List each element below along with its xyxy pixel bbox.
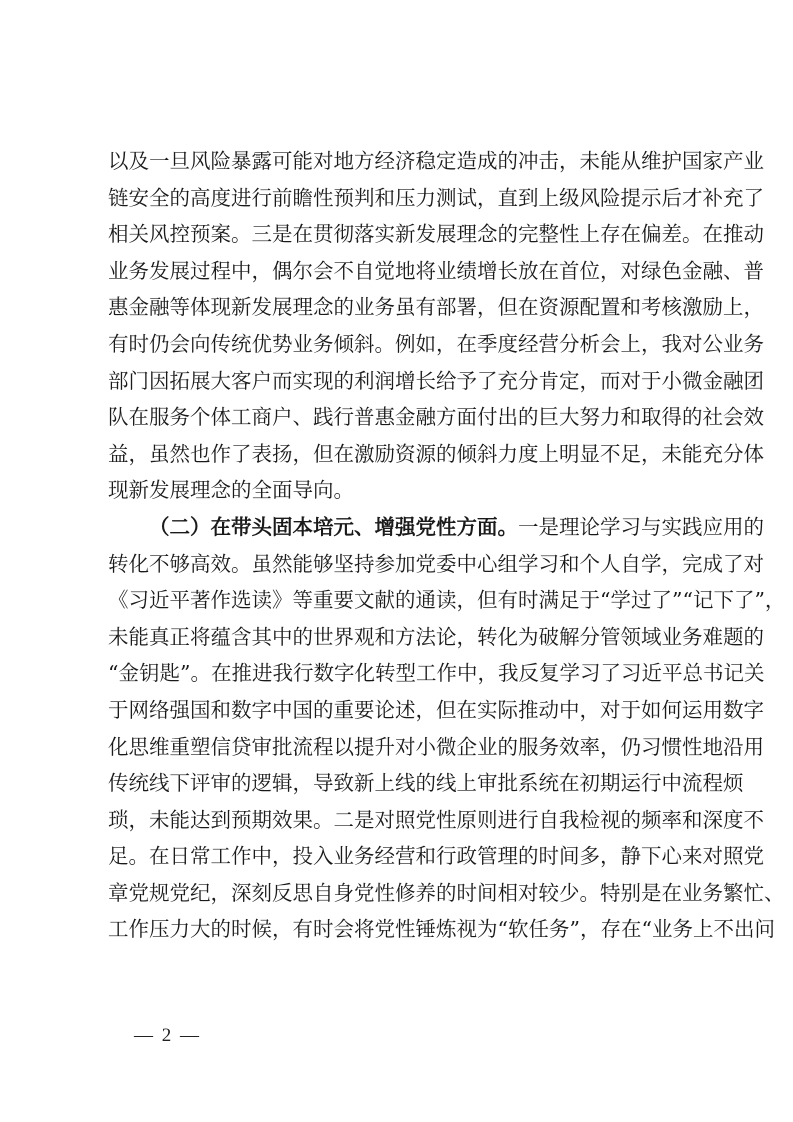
paragraph-line: 传统线下评审的逻辑，导致新上线的线上审批系统在初期运行中流程烦 <box>108 765 694 802</box>
paragraph-line: 以及一旦风险暴露可能对地方经济稳定造成的冲击，未能从维护国家产业 <box>108 143 694 180</box>
paragraph-line: “金钥匙”。在推进我行数字化转型工作中，我反复学习了习近平总书记关 <box>108 655 694 692</box>
document-page: 以及一旦风险暴露可能对地方经济稳定造成的冲击，未能从维护国家产业 链安全的高度进… <box>0 0 793 1122</box>
section-heading: （二）在带头固本培元、增强党性方面。 <box>149 515 518 539</box>
paragraph-line: 琐，未能达到预期效果。二是对照党性原则进行自我检视的频率和深度不 <box>108 802 694 839</box>
paragraph-line: 足。在日常工作中，投入业务经营和行政管理的时间多，静下心来对照党 <box>108 838 694 875</box>
paragraph-line: 益，虽然也作了表扬，但在激励资源的倾斜力度上明显不足，未能充分体 <box>108 436 694 473</box>
paragraph-line: 链安全的高度进行前瞻性预判和压力测试，直到上级风险提示后才补充了 <box>108 180 694 217</box>
section-text: 一是理论学习与实践应用的 <box>518 515 764 539</box>
paragraph-line: 部门因拓展大客户而实现的利润增长给予了充分肯定，而对于小微金融团 <box>108 363 694 400</box>
paragraph-line: 有时仍会向传统优势业务倾斜。例如，在季度经营分析会上，我对公业务 <box>108 326 694 363</box>
paragraph-line: 转化不够高效。虽然能够坚持参加党委中心组学习和个人自学，完成了对 <box>108 546 694 583</box>
paragraph-line: 相关风控预案。三是在贯彻落实新发展理念的完整性上存在偏差。在推动 <box>108 216 694 253</box>
paragraph-line: 惠金融等体现新发展理念的业务虽有部署，但在资源配置和考核激励上， <box>108 289 694 326</box>
paragraph-line: 工作压力大的时候，有时会将党性锤炼视为“软任务”，存在“业务上不出问 <box>108 911 694 948</box>
page-number: — 2 — <box>134 1025 201 1047</box>
paragraph-line: 现新发展理念的全面导向。 <box>108 472 694 509</box>
paragraph-line: 业务发展过程中，偶尔会不自觉地将业绩增长放在首位，对绿色金融、普 <box>108 253 694 290</box>
paragraph-line: 队在服务个体工商户、践行普惠金融方面付出的巨大努力和取得的社会效 <box>108 399 694 436</box>
section-two-first-line: （二）在带头固本培元、增强党性方面。一是理论学习与实践应用的 <box>108 509 694 546</box>
paragraph-line: 于网络强国和数字中国的重要论述，但在实际推动中，对于如何运用数字 <box>108 692 694 729</box>
paragraph-line: 化思维重塑信贷审批流程以提升对小微企业的服务效率，仍习惯性地沿用 <box>108 729 694 766</box>
paragraph-line: 《习近平著作选读》等重要文献的通读，但有时满足于“学过了”“记下了”， <box>108 582 694 619</box>
document-body: 以及一旦风险暴露可能对地方经济稳定造成的冲击，未能从维护国家产业 链安全的高度进… <box>108 143 694 948</box>
paragraph-line: 未能真正将蕴含其中的世界观和方法论，转化为破解分管领域业务难题的 <box>108 619 694 656</box>
paragraph-line: 章党规党纪，深刻反思自身党性修养的时间相对较少。特别是在业务繁忙、 <box>108 875 694 912</box>
